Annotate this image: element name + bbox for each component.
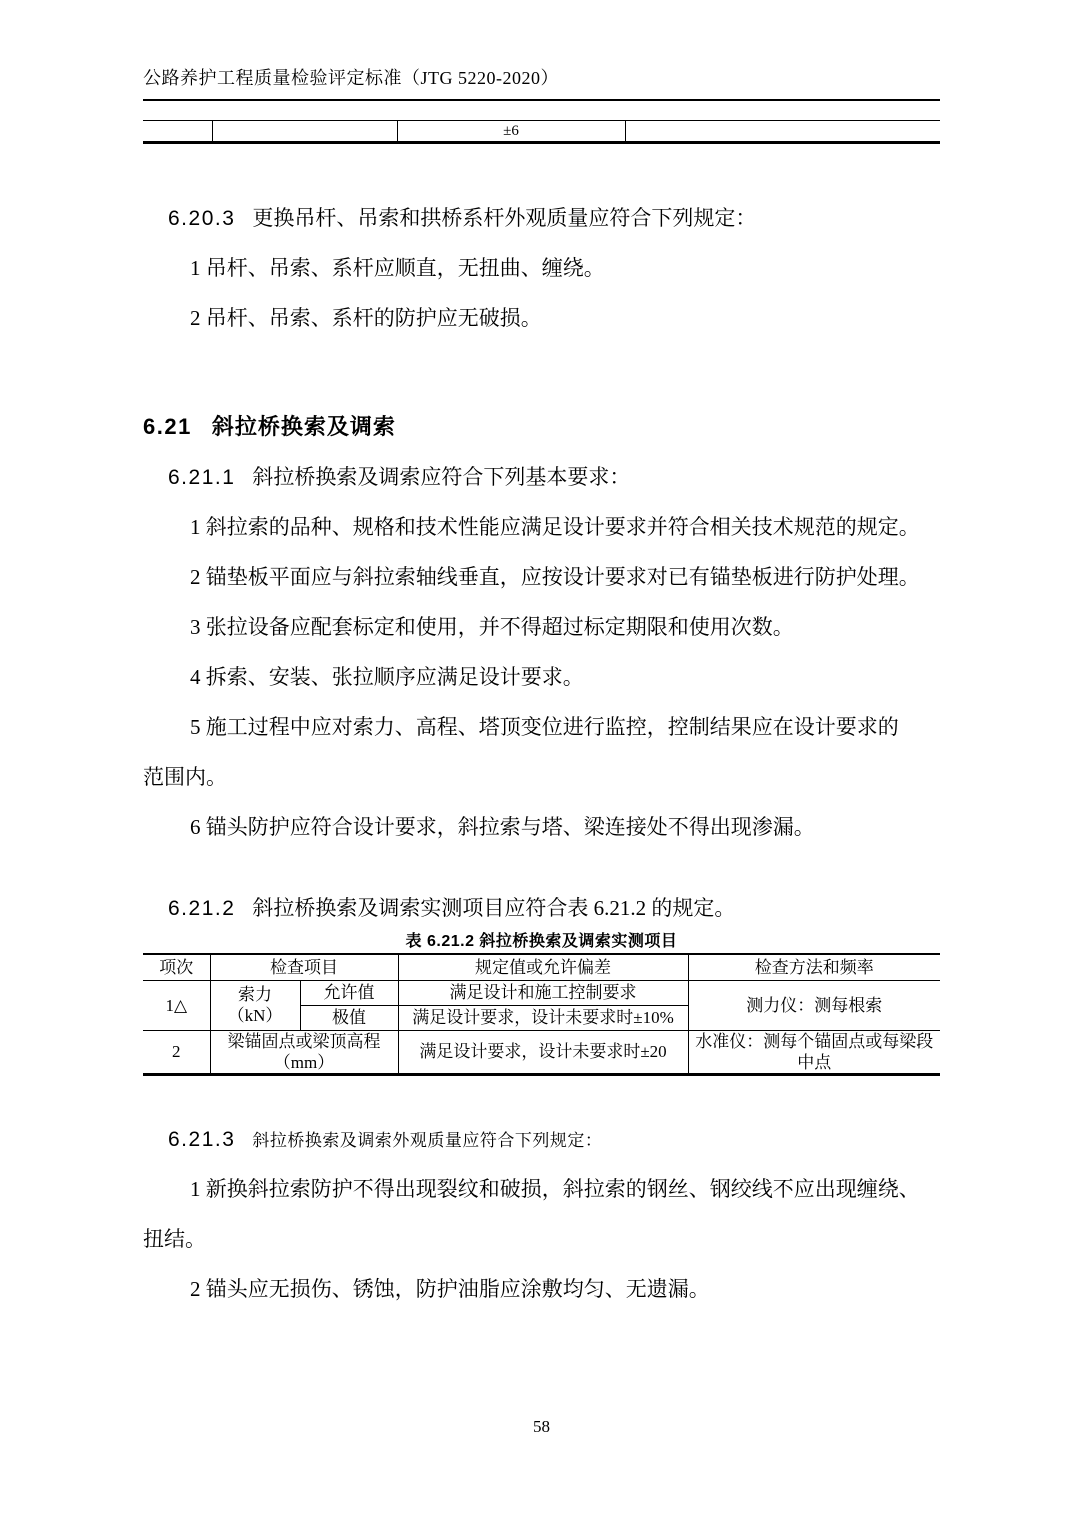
- body-paragraph: 3 张拉设备应配套标定和使用，并不得超过标定期限和使用次数。: [143, 602, 940, 652]
- body-paragraph: 2 吊杆、吊索、系杆的防护应无破损。: [143, 293, 940, 343]
- cell-index: 1△: [143, 980, 210, 1030]
- clause-title: 斜拉桥换索及调索外观质量应符合下列规定：: [252, 1131, 602, 1150]
- body-paragraph: 5 施工过程中应对索力、高程、塔顶变位进行监控，控制结果应在设计要求的: [143, 702, 940, 752]
- running-header: 公路养护工程质量检验评定标准（JTG 5220-2020）: [143, 0, 940, 101]
- table-row: 1△ 索力 （kN） 允许值 满足设计和施工控制要求 测力仪：测每根索: [143, 980, 940, 1005]
- cell-method: 水准仪：测每个锚固点或每梁段中点: [688, 1030, 940, 1074]
- cell-tolerance: 满足设计要求，设计未要求时±20: [398, 1030, 688, 1074]
- carryover-table-fragment: ±6: [143, 120, 940, 144]
- cell-item: 梁锚固点或梁顶高程 （mm）: [210, 1030, 398, 1074]
- clause-title: 斜拉桥换索及调索实测项目应符合表 6.21.2 的规定。: [252, 896, 735, 920]
- cell-item-line2: （kN）: [228, 1006, 283, 1025]
- body-paragraph: 6 锚头防护应符合设计要求，斜拉索与塔、梁连接处不得出现渗漏。: [143, 802, 940, 852]
- body-paragraph: 4 拆索、安装、张拉顺序应满足设计要求。: [143, 652, 940, 702]
- running-header-title: 公路养护工程质量检验评定标准（JTG 5220-2020）: [143, 66, 940, 90]
- measured-items-table: 项次 检查项目 规定值或允许偏差 检查方法和频率 1△ 索力 （kN） 允许值 …: [143, 953, 940, 1076]
- body-paragraph: 2 锚垫板平面应与斜拉索轴线垂直，应按设计要求对已有锚垫板进行防护处理。: [143, 552, 940, 602]
- clause-number: 6.21.1: [168, 466, 235, 489]
- clause-number: 6.21.3: [168, 1128, 235, 1151]
- cell-index: 2: [143, 1030, 210, 1074]
- body-paragraph-continuation: 扭结。: [143, 1214, 940, 1264]
- clause-number: 6.21.2: [168, 897, 235, 920]
- table-cell-empty: [212, 121, 397, 143]
- section-heading-6-21: 6.21斜拉桥换索及调索: [143, 402, 940, 452]
- section-title: 斜拉桥换索及调索: [212, 414, 396, 439]
- cell-subitem: 极值: [300, 1005, 398, 1030]
- table-cell-empty: [625, 121, 940, 143]
- table-cell-tolerance: ±6: [397, 121, 625, 143]
- document-page: 公路养护工程质量检验评定标准（JTG 5220-2020） ±6 6.20.3更…: [0, 0, 1074, 1520]
- section-number: 6.21: [143, 414, 192, 439]
- clause-title: 更换吊杆、吊索和拱桥系杆外观质量应符合下列规定：: [252, 206, 756, 230]
- header-cell-tolerance: 规定值或允许偏差: [398, 954, 688, 980]
- header-cell-method: 检查方法和频率: [688, 954, 940, 980]
- cell-tolerance: 满足设计要求，设计未要求时±10%: [398, 1005, 688, 1030]
- body-paragraph: 1 斜拉索的品种、规格和技术性能应满足设计要求并符合相关技术规范的规定。: [143, 502, 940, 552]
- cell-item-line2: （mm）: [274, 1053, 334, 1072]
- cell-method: 测力仪：测每根索: [688, 980, 940, 1030]
- body-paragraph: 2 锚头应无损伤、锈蚀，防护油脂应涂敷均匀、无遗漏。: [143, 1264, 940, 1314]
- page-number: 58: [143, 1417, 940, 1437]
- table-cell-empty: [143, 121, 212, 143]
- cell-tolerance: 满足设计和施工控制要求: [398, 980, 688, 1005]
- clause-heading-6-20-3: 6.20.3更换吊杆、吊索和拱桥系杆外观质量应符合下列规定：: [143, 193, 940, 243]
- cell-item-line1: 索力: [238, 985, 272, 1004]
- table-row: 2 梁锚固点或梁顶高程 （mm） 满足设计要求，设计未要求时±20 水准仪：测每…: [143, 1030, 940, 1074]
- header-cell-index: 项次: [143, 954, 210, 980]
- clause-number: 6.20.3: [168, 207, 235, 230]
- table-header-row: 项次 检查项目 规定值或允许偏差 检查方法和频率: [143, 954, 940, 980]
- table-row: ±6: [143, 121, 940, 143]
- cell-subitem: 允许值: [300, 980, 398, 1005]
- clause-heading-6-21-3: 6.21.3斜拉桥换索及调索外观质量应符合下列规定：: [143, 1114, 940, 1164]
- cell-item-line1: 梁锚固点或梁顶高程: [228, 1032, 381, 1051]
- body-paragraph-continuation: 范围内。: [143, 752, 940, 802]
- page-content: 公路养护工程质量检验评定标准（JTG 5220-2020） ±6 6.20.3更…: [0, 0, 1074, 1314]
- clause-title: 斜拉桥换索及调索应符合下列基本要求：: [252, 465, 630, 489]
- body-paragraph: 1 新换斜拉索防护不得出现裂纹和破损，斜拉索的钢丝、钢绞线不应出现缠绕、: [143, 1164, 940, 1214]
- header-cell-item: 检查项目: [210, 954, 398, 980]
- clause-heading-6-21-2: 6.21.2斜拉桥换索及调索实测项目应符合表 6.21.2 的规定。: [143, 883, 940, 933]
- clause-heading-6-21-1: 6.21.1斜拉桥换索及调索应符合下列基本要求：: [143, 452, 940, 502]
- table-caption: 表 6.21.2 斜拉桥换索及调索实测项目: [143, 931, 940, 953]
- cell-item: 索力 （kN）: [210, 980, 300, 1030]
- body-paragraph: 1 吊杆、吊索、系杆应顺直，无扭曲、缠绕。: [143, 243, 940, 293]
